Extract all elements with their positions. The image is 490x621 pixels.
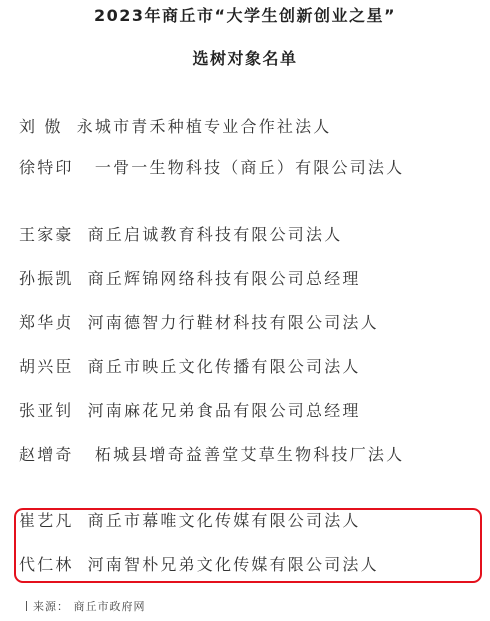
organization: 河南麻花兄弟食品有限公司总经理	[88, 401, 361, 420]
document-title: 2023年商丘市“大学生创新创业之星”	[0, 3, 490, 26]
organization: 商丘启诚教育科技有限公司法人	[88, 225, 343, 244]
list-item: 孙振凯商丘辉锦网络科技有限公司总经理	[19, 268, 469, 290]
organization: 柘城县增奇益善堂艾草生物科技厂法人	[88, 445, 405, 464]
person-name: 刘 傲	[19, 117, 63, 136]
organization: 河南德智力行鞋材科技有限公司法人	[88, 313, 379, 332]
person-name: 王家豪	[19, 225, 74, 244]
list-item: 徐特印 一骨一生物科技（商丘）有限公司法人	[19, 157, 469, 179]
person-name: 郑华贞	[19, 313, 74, 332]
organization: 商丘市映丘文化传播有限公司法人	[88, 357, 361, 376]
source-credit: 来源： 商丘市政府网	[26, 598, 146, 614]
list-item: 胡兴臣商丘市映丘文化传播有限公司法人	[19, 356, 469, 378]
person-name: 张亚钊	[19, 401, 74, 420]
organization: 一骨一生物科技（商丘）有限公司法人	[88, 158, 405, 177]
list-item: 代仁林河南智朴兄弟文化传媒有限公司法人	[19, 554, 469, 576]
organization: 商丘市幕唯文化传媒有限公司法人	[88, 511, 361, 530]
person-name: 徐特印	[19, 158, 74, 177]
person-name: 代仁林	[19, 555, 74, 574]
list-item: 郑华贞河南德智力行鞋材科技有限公司法人	[19, 312, 469, 334]
organization: 永城市青禾种植专业合作社法人	[77, 117, 332, 136]
person-name: 胡兴臣	[19, 357, 74, 376]
organization: 河南智朴兄弟文化传媒有限公司法人	[88, 555, 379, 574]
document-subtitle: 选树对象名单	[0, 46, 490, 69]
source-value: 商丘市政府网	[74, 600, 146, 613]
list-item: 崔艺凡商丘市幕唯文化传媒有限公司法人	[19, 510, 469, 532]
list-item: 王家豪商丘启诚教育科技有限公司法人	[19, 224, 469, 246]
list-item: 刘 傲永城市青禾种植专业合作社法人	[19, 116, 469, 138]
person-name: 崔艺凡	[19, 511, 74, 530]
organization: 商丘辉锦网络科技有限公司总经理	[88, 269, 361, 288]
person-name: 赵增奇	[19, 445, 74, 464]
source-label: 来源：	[33, 600, 69, 613]
person-name: 孙振凯	[19, 269, 74, 288]
list-item: 张亚钊河南麻花兄弟食品有限公司总经理	[19, 400, 469, 422]
divider-bar	[26, 601, 27, 611]
list-item: 赵增奇 柘城县增奇益善堂艾草生物科技厂法人	[19, 444, 469, 466]
